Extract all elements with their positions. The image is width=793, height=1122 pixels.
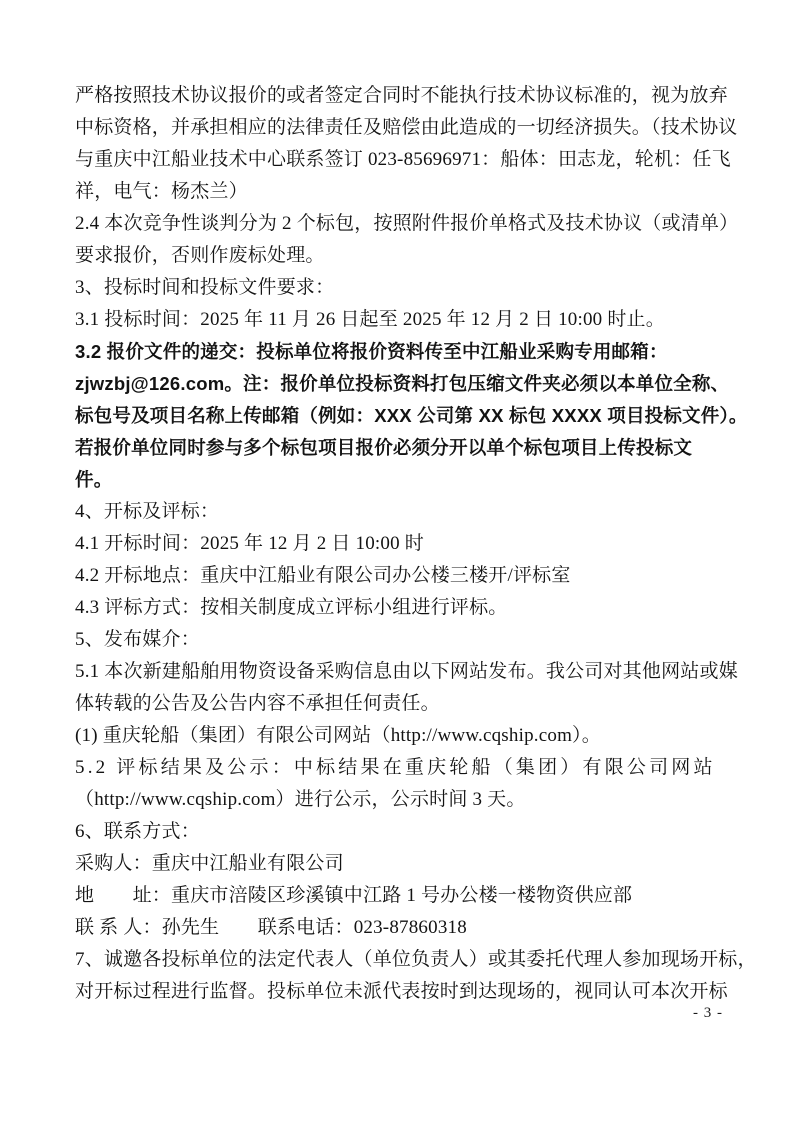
text-line: 5.1 本次新建船舶用物资设备采购信息由以下网站发布。我公司对其他网站或媒 <box>75 656 725 688</box>
document-body: 严格按照技术协议报价的或者签定合同时不能执行技术协议标准的，视为放弃中标资格，并… <box>0 0 793 1008</box>
text-line: 5、发布媒介： <box>75 624 725 656</box>
text-line: （http://www.cqship.com）进行公示，公示时间 3 天。 <box>75 784 725 816</box>
text-line: 2.4 本次竞争性谈判分为 2 个标包，按照附件报价单格式及技术协议（或清单） <box>75 208 725 240</box>
text-line: 6、联系方式： <box>75 816 725 848</box>
text-line: 要求报价，否则作废标处理。 <box>75 240 725 272</box>
text-line: 4.1 开标时间：2025 年 12 月 2 日 10:00 时 <box>75 528 725 560</box>
text-line: 中标资格，并承担相应的法律责任及赔偿由此造成的一切经济损失。（技术协议 <box>75 112 725 144</box>
text-line: 5.2 评标结果及公示：中标结果在重庆轮船（集团）有限公司网站 <box>75 752 725 784</box>
text-line: 4.3 评标方式：按相关制度成立评标小组进行评标。 <box>75 592 725 624</box>
text-line: 采购人：重庆中江船业有限公司 <box>75 848 725 880</box>
text-line: 7、诚邀各投标单位的法定代表人（单位负责人）或其委托代理人参加现场开标， <box>75 944 725 976</box>
text-line: zjwzbj@126.com。注：报价单位投标资料打包压缩文件夹必须以本单位全称… <box>75 368 725 400</box>
text-line: 3、投标时间和投标文件要求： <box>75 272 725 304</box>
text-line: 件。 <box>75 464 725 496</box>
text-line: 若报价单位同时参与多个标包项目报价必须分开以单个标包项目上传投标文 <box>75 432 725 464</box>
text-line: 对开标过程进行监督。投标单位未派代表按时到达现场的，视同认可本次开标 <box>75 976 725 1008</box>
text-line: 4、开标及评标： <box>75 496 725 528</box>
text-line: 体转载的公告及公告内容不承担任何责任。 <box>75 688 725 720</box>
text-line: 标包号及项目名称上传邮箱（例如：XXX 公司第 XX 标包 XXXX 项目投标文… <box>75 400 725 432</box>
text-line: 与重庆中江船业技术中心联系签订 023-85696971：船体：田志龙，轮机：任… <box>75 144 725 176</box>
page-number: - 3 - <box>693 1003 723 1023</box>
document-page: 严格按照技术协议报价的或者签定合同时不能执行技术协议标准的，视为放弃中标资格，并… <box>0 0 793 1122</box>
text-line: 地 址：重庆市涪陵区珍溪镇中江路 1 号办公楼一楼物资供应部 <box>75 880 725 912</box>
text-line: (1) 重庆轮船（集团）有限公司网站（http://www.cqship.com… <box>75 720 725 752</box>
text-line: 联 系 人：孙先生 联系电话：023-87860318 <box>75 912 725 944</box>
text-line: 3.1 投标时间：2025 年 11 月 26 日起至 2025 年 12 月 … <box>75 304 725 336</box>
text-line: 4.2 开标地点：重庆中江船业有限公司办公楼三楼开/评标室 <box>75 560 725 592</box>
text-line: 严格按照技术协议报价的或者签定合同时不能执行技术协议标准的，视为放弃 <box>75 80 725 112</box>
text-line: 3.2 报价文件的递交：投标单位将报价资料传至中江船业采购专用邮箱： <box>75 336 725 368</box>
text-line: 祥，电气：杨杰兰） <box>75 176 725 208</box>
